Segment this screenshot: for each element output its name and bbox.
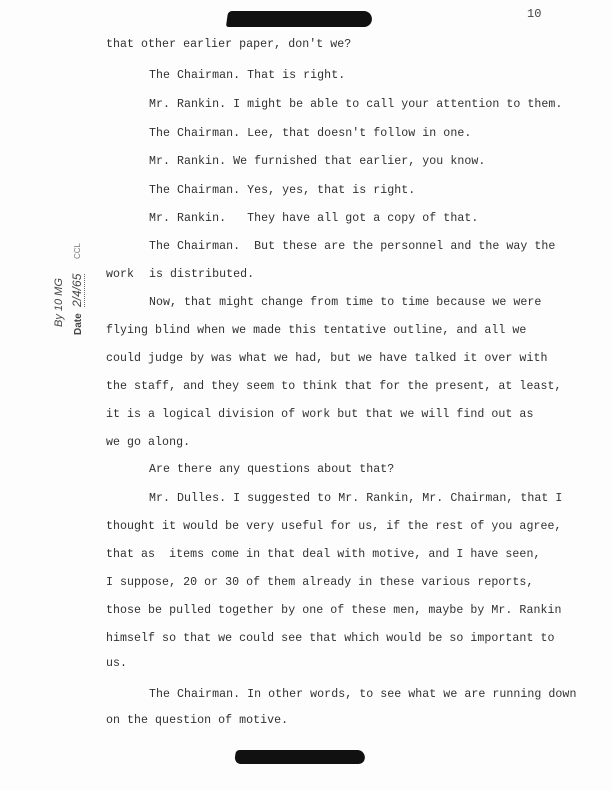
text-line: Mr. Rankin. They have all got a copy of … — [149, 212, 478, 225]
redaction-bar-bottom — [234, 750, 366, 764]
text-line: it is a logical division of work but tha… — [106, 408, 533, 421]
text-line: The Chairman. In other words, to see wha… — [149, 688, 576, 701]
text-line: The Chairman. Lee, that doesn't follow i… — [149, 127, 471, 140]
margin-annotation: By 10 MG Date 2/4/65 CCL — [15, 235, 105, 335]
text-line: The Chairman. That is right. — [149, 69, 345, 82]
page-number: 10 — [527, 7, 541, 21]
text-line: could judge by was what we had, but we h… — [106, 352, 547, 365]
text-line: Mr. Rankin. We furnished that earlier, y… — [149, 155, 485, 168]
margin-code: CCL — [73, 243, 82, 259]
text-line: Mr. Rankin. I might be able to call your… — [149, 98, 562, 111]
text-line: himself so that we could see that which … — [106, 632, 554, 645]
text-line: I suppose, 20 or 30 of them already in t… — [106, 576, 533, 589]
text-line: on the question of motive. — [106, 714, 288, 727]
text-line: we go along. — [106, 436, 190, 449]
margin-signature: By 10 MG — [53, 278, 65, 327]
text-line: us. — [106, 657, 127, 670]
text-line: the staff, and they seem to think that f… — [106, 380, 561, 393]
text-line: those be pulled together by one of these… — [106, 604, 561, 617]
text-line: flying blind when we made this tentative… — [106, 324, 526, 337]
text-line: is distributed. — [149, 268, 254, 281]
text-line: thought it would be very useful for us, … — [106, 520, 561, 533]
document-page: 10 By 10 MG Date 2/4/65 CCL that other e… — [0, 0, 612, 791]
redaction-bar-top — [226, 11, 373, 27]
text-line: that as items come in that deal with mot… — [106, 548, 540, 561]
text-line: Now, that might change from time to time… — [149, 296, 541, 309]
text-line: work — [106, 268, 134, 281]
text-line: Mr. Dulles. I suggested to Mr. Rankin, M… — [149, 492, 562, 505]
margin-date-label: Date — [73, 313, 84, 335]
text-line: that other earlier paper, don't we? — [106, 38, 351, 51]
text-line: The Chairman. But these are the personne… — [149, 240, 555, 253]
text-line: Are there any questions about that? — [149, 463, 394, 476]
text-line: The Chairman. Yes, yes, that is right. — [149, 184, 415, 197]
margin-date-value: 2/4/65 — [70, 274, 85, 307]
